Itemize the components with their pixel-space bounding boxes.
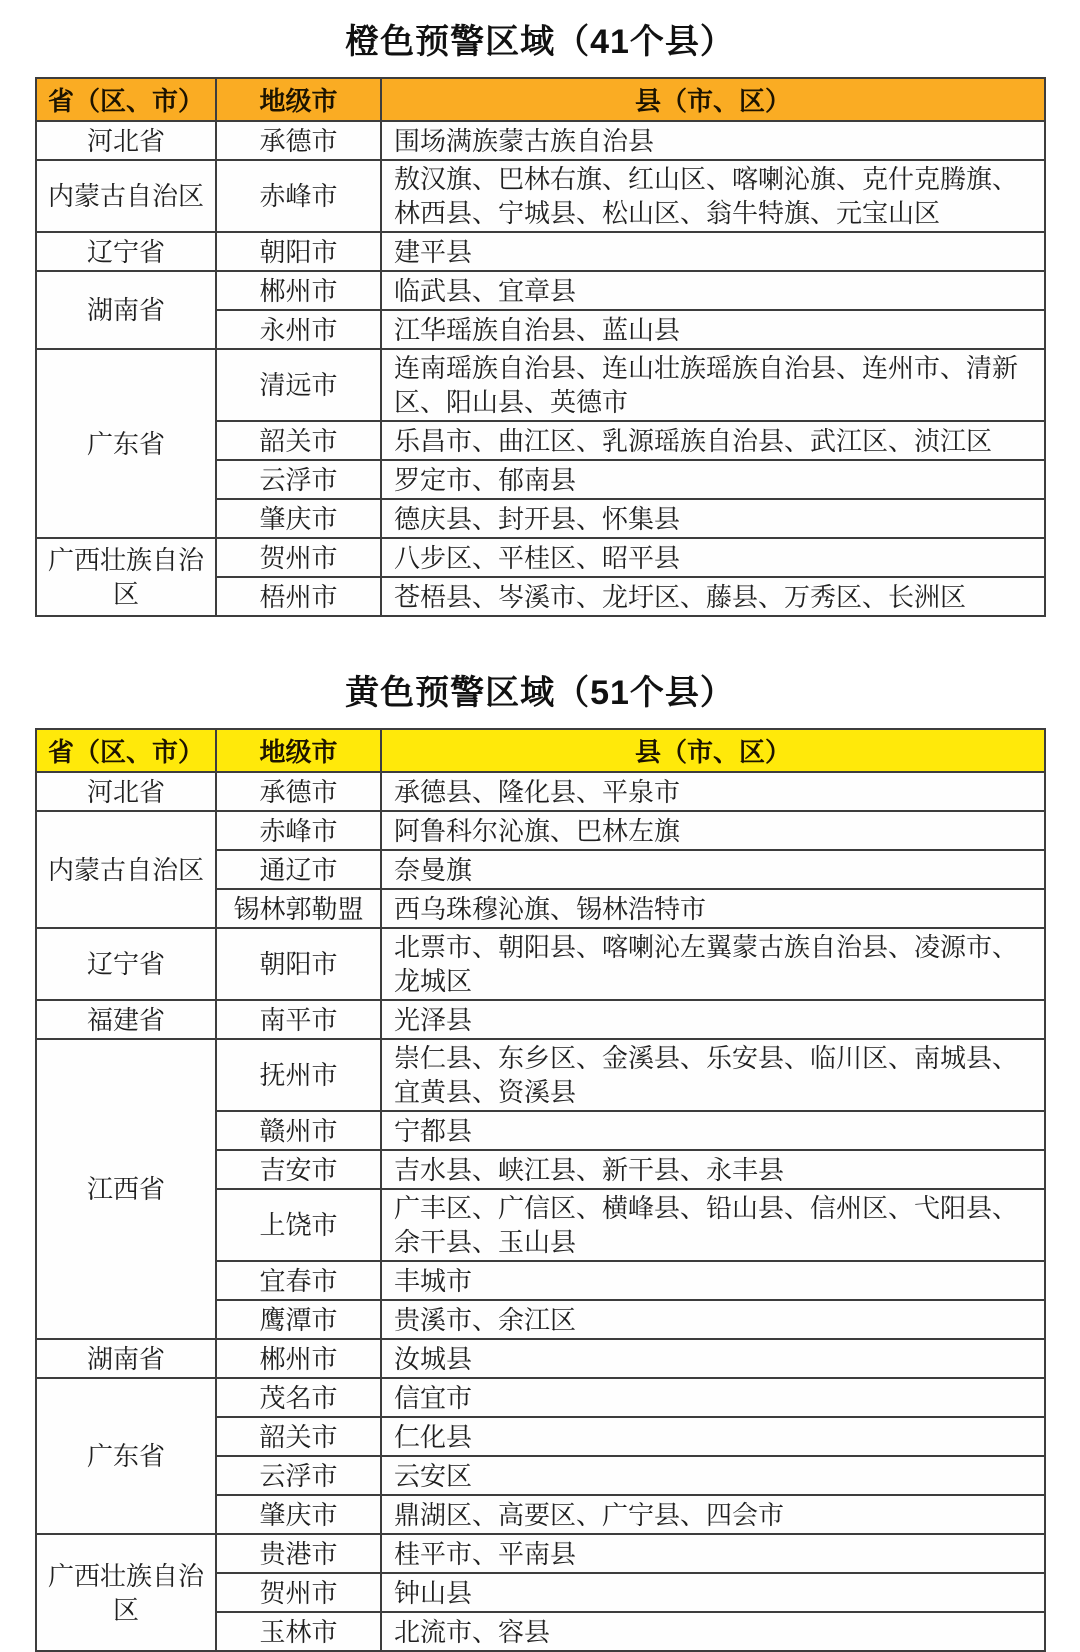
province-cell: 辽宁省 [36,928,216,1000]
counties-cell: 北票市、朝阳县、喀喇沁左翼蒙古族自治县、凌源市、龙城区 [381,928,1045,1000]
page: 橙色预警区域（41个县） 省（区、市） 地级市 县（市、区） 河北省承德市围场满… [0,0,1080,1652]
counties-cell: 连南瑶族自治县、连山壮族瑶族自治县、连州市、清新区、阳山县、英德市 [381,349,1045,421]
province-cell: 江西省 [36,1039,216,1339]
counties-cell: 崇仁县、东乡区、金溪县、乐安县、临川区、南城县、宜黄县、资溪县 [381,1039,1045,1111]
province-cell: 广东省 [36,1378,216,1534]
counties-cell: 北流市、容县 [381,1612,1045,1651]
city-cell: 锡林郭勒盟 [216,889,381,928]
province-cell: 内蒙古自治区 [36,811,216,928]
col-header-counties: 县（市、区） [381,729,1045,772]
city-cell: 云浮市 [216,1456,381,1495]
counties-cell: 八步区、平桂区、昭平县 [381,538,1045,577]
col-header-province: 省（区、市） [36,729,216,772]
city-cell: 上饶市 [216,1189,381,1261]
counties-cell: 仁化县 [381,1417,1045,1456]
province-cell: 河北省 [36,772,216,811]
city-cell: 郴州市 [216,271,381,310]
city-cell: 抚州市 [216,1039,381,1111]
counties-cell: 广丰区、广信区、横峰县、铅山县、信州区、弋阳县、余干县、玉山县 [381,1189,1045,1261]
province-cell: 湖南省 [36,271,216,349]
province-cell: 河北省 [36,121,216,160]
city-cell: 郴州市 [216,1339,381,1378]
counties-cell: 江华瑶族自治县、蓝山县 [381,310,1045,349]
header-row: 省（区、市） 地级市 县（市、区） [36,729,1045,772]
city-cell: 清远市 [216,349,381,421]
counties-cell: 钟山县 [381,1573,1045,1612]
table-row: 河北省承德市承德县、隆化县、平泉市 [36,772,1045,811]
table-row: 江西省抚州市崇仁县、东乡区、金溪县、乐安县、临川区、南城县、宜黄县、资溪县 [36,1039,1045,1111]
counties-cell: 吉水县、峡江县、新干县、永丰县 [381,1150,1045,1189]
counties-cell: 阿鲁科尔沁旗、巴林左旗 [381,811,1045,850]
table-row: 广西壮族自治区贺州市八步区、平桂区、昭平县 [36,538,1045,577]
counties-cell: 宁都县 [381,1111,1045,1150]
city-cell: 赤峰市 [216,811,381,850]
province-cell: 内蒙古自治区 [36,160,216,232]
city-cell: 鹰潭市 [216,1300,381,1339]
counties-cell: 云安区 [381,1456,1045,1495]
counties-cell: 敖汉旗、巴林右旗、红山区、喀喇沁旗、克什克腾旗、林西县、宁城县、松山区、翁牛特旗… [381,160,1045,232]
counties-cell: 丰城市 [381,1261,1045,1300]
province-cell: 广东省 [36,349,216,538]
city-cell: 承德市 [216,121,381,160]
counties-cell: 乐昌市、曲江区、乳源瑶族自治县、武江区、浈江区 [381,421,1045,460]
city-cell: 贺州市 [216,538,381,577]
table-row: 广东省清远市连南瑶族自治县、连山壮族瑶族自治县、连州市、清新区、阳山县、英德市 [36,349,1045,421]
counties-cell: 承德县、隆化县、平泉市 [381,772,1045,811]
table-row: 湖南省郴州市汝城县 [36,1339,1045,1378]
province-cell: 福建省 [36,1000,216,1039]
city-cell: 通辽市 [216,850,381,889]
province-cell: 湖南省 [36,1339,216,1378]
yellow-table-header: 省（区、市） 地级市 县（市、区） [36,729,1045,772]
table-row: 辽宁省朝阳市北票市、朝阳县、喀喇沁左翼蒙古族自治县、凌源市、龙城区 [36,928,1045,1000]
city-cell: 承德市 [216,772,381,811]
counties-cell: 建平县 [381,232,1045,271]
counties-cell: 鼎湖区、高要区、广宁县、四会市 [381,1495,1045,1534]
orange-warning-table: 省（区、市） 地级市 县（市、区） 河北省承德市围场满族蒙古族自治县内蒙古自治区… [35,77,1046,617]
counties-cell: 贵溪市、余江区 [381,1300,1045,1339]
city-cell: 玉林市 [216,1612,381,1651]
orange-table-body: 河北省承德市围场满族蒙古族自治县内蒙古自治区赤峰市敖汉旗、巴林右旗、红山区、喀喇… [36,121,1045,616]
col-header-counties: 县（市、区） [381,78,1045,121]
counties-cell: 围场满族蒙古族自治县 [381,121,1045,160]
city-cell: 南平市 [216,1000,381,1039]
table-row: 内蒙古自治区赤峰市敖汉旗、巴林右旗、红山区、喀喇沁旗、克什克腾旗、林西县、宁城县… [36,160,1045,232]
city-cell: 梧州市 [216,577,381,616]
table-row: 内蒙古自治区赤峰市阿鲁科尔沁旗、巴林左旗 [36,811,1045,850]
counties-cell: 苍梧县、岑溪市、龙圩区、藤县、万秀区、长洲区 [381,577,1045,616]
counties-cell: 西乌珠穆沁旗、锡林浩特市 [381,889,1045,928]
city-cell: 吉安市 [216,1150,381,1189]
counties-cell: 奈曼旗 [381,850,1045,889]
city-cell: 茂名市 [216,1378,381,1417]
header-row: 省（区、市） 地级市 县（市、区） [36,78,1045,121]
city-cell: 云浮市 [216,460,381,499]
col-header-city: 地级市 [216,78,381,121]
table-row: 辽宁省朝阳市建平县 [36,232,1045,271]
table-row: 湖南省郴州市临武县、宜章县 [36,271,1045,310]
city-cell: 肇庆市 [216,499,381,538]
city-cell: 宜春市 [216,1261,381,1300]
city-cell: 韶关市 [216,421,381,460]
city-cell: 肇庆市 [216,1495,381,1534]
province-cell: 辽宁省 [36,232,216,271]
table-row: 广西壮族自治区贵港市桂平市、平南县 [36,1534,1045,1573]
city-cell: 赤峰市 [216,160,381,232]
yellow-warning-title: 黄色预警区域（51个县） [0,617,1080,728]
counties-cell: 罗定市、郁南县 [381,460,1045,499]
city-cell: 赣州市 [216,1111,381,1150]
city-cell: 永州市 [216,310,381,349]
province-cell: 广西壮族自治区 [36,1534,216,1651]
table-row: 广东省茂名市信宜市 [36,1378,1045,1417]
orange-table-header: 省（区、市） 地级市 县（市、区） [36,78,1045,121]
counties-cell: 桂平市、平南县 [381,1534,1045,1573]
col-header-province: 省（区、市） [36,78,216,121]
table-row: 河北省承德市围场满族蒙古族自治县 [36,121,1045,160]
city-cell: 贵港市 [216,1534,381,1573]
city-cell: 贺州市 [216,1573,381,1612]
city-cell: 韶关市 [216,1417,381,1456]
counties-cell: 信宜市 [381,1378,1045,1417]
counties-cell: 临武县、宜章县 [381,271,1045,310]
yellow-table-body: 河北省承德市承德县、隆化县、平泉市内蒙古自治区赤峰市阿鲁科尔沁旗、巴林左旗通辽市… [36,772,1045,1651]
city-cell: 朝阳市 [216,232,381,271]
counties-cell: 汝城县 [381,1339,1045,1378]
city-cell: 朝阳市 [216,928,381,1000]
counties-cell: 德庆县、封开县、怀集县 [381,499,1045,538]
counties-cell: 光泽县 [381,1000,1045,1039]
province-cell: 广西壮族自治区 [36,538,216,616]
col-header-city: 地级市 [216,729,381,772]
yellow-warning-table: 省（区、市） 地级市 县（市、区） 河北省承德市承德县、隆化县、平泉市内蒙古自治… [35,728,1046,1652]
orange-warning-title: 橙色预警区域（41个县） [0,6,1080,77]
table-row: 福建省南平市光泽县 [36,1000,1045,1039]
